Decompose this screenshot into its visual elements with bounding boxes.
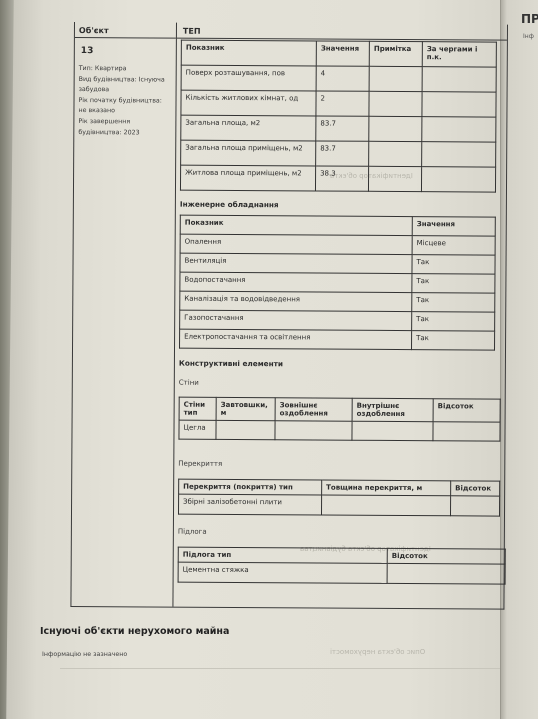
table-row: Загальна площа, м2 83.7	[181, 115, 496, 142]
tep-table: Показник Значення Примітка За чергами і …	[180, 40, 497, 193]
engineering-table: Показник Значення Опалення Місцеве Венти…	[179, 215, 496, 351]
value-cell: Так	[412, 274, 495, 294]
stage-cell	[422, 92, 496, 117]
thickness-cell	[321, 495, 450, 516]
column-header: Значення	[316, 41, 369, 66]
value-cell: Місцеве	[412, 236, 495, 256]
table-row: Опалення Місцеве	[180, 234, 495, 255]
column-header: Стіни тип	[179, 397, 216, 420]
indicator-cell: Загальна площа, м2	[181, 115, 316, 141]
wall-type-cell: Цегла	[179, 420, 216, 439]
indicator-cell: Загальна площа приміщень, м2	[181, 140, 316, 166]
table-row: Загальна площа приміщень, м2 83.7	[181, 140, 496, 167]
object-header: Об'єкт	[75, 22, 176, 39]
value-cell: Так	[412, 331, 495, 351]
column-header: Показник	[181, 40, 316, 66]
ground-table: Підлога тип Відсоток Цементна стяжка	[178, 547, 506, 585]
object-type: Тип: Квартира	[79, 64, 172, 75]
note-cell	[369, 116, 422, 141]
note-cell	[369, 141, 422, 166]
table-row: Житлова площа приміщень, м2 38.3	[180, 165, 495, 192]
table-row: Цегла	[179, 420, 500, 441]
divider	[60, 668, 500, 669]
existing-property-info: Інформацію не зазначено	[42, 651, 127, 658]
next-page-title: ПР	[521, 12, 538, 26]
object-end-year: Рік завершення будівництва: 2023	[78, 117, 171, 139]
table-row: Вентиляція Так	[180, 253, 495, 274]
ground-type-cell: Цементна стяжка	[178, 562, 387, 583]
indicator-cell: Житлова площа приміщень, м2	[180, 165, 315, 191]
value-cell: 38.3	[315, 166, 368, 191]
object-info: Тип: Квартира Вид будівництва: Існуюча з…	[78, 64, 171, 139]
percent-cell	[387, 563, 505, 584]
column-header: Значення	[412, 217, 495, 237]
table-header-row: Показник Значення	[180, 215, 495, 236]
indicator-cell: Поверх розташування, пов	[181, 65, 316, 91]
table-header-row: Стіни тип Завтовшки, м Зовнішнє оздоблен…	[179, 397, 500, 422]
interior-finish-cell	[352, 421, 433, 440]
indicator-cell: Каналізація та водовідведення	[180, 291, 412, 311]
column-header: Підлога тип	[178, 547, 387, 563]
column-header: Відсоток	[433, 399, 500, 422]
indicator-cell: Вентиляція	[180, 253, 412, 273]
percent-cell	[450, 496, 499, 516]
indicator-cell: Газопостачання	[180, 310, 412, 330]
exterior-finish-cell	[275, 421, 352, 440]
column-header: Примітка	[369, 41, 422, 66]
column-header: Показник	[180, 215, 412, 235]
structural-title: Конструктивні елементи	[179, 359, 283, 369]
column-header: Товщина перекриття, м	[322, 480, 451, 496]
percent-cell	[433, 422, 500, 441]
table-row: Кількість житлових кімнат, од 2	[181, 90, 496, 117]
details-column: ТЕП Показник Значення Примітка За чергам…	[173, 23, 507, 609]
table-header-row: Показник Значення Примітка За чергами і …	[181, 40, 496, 67]
object-construction-kind: Вид будівництва: Існуюча забудова	[79, 75, 172, 97]
tep-header: ТЕП	[177, 23, 507, 41]
table-row: Поверх розташування, пов 4	[181, 65, 496, 92]
existing-property-title: Існуючі об'єкти нерухомого майна	[40, 626, 229, 637]
walls-table: Стіни тип Завтовшки, м Зовнішнє оздоблен…	[178, 397, 500, 442]
object-number: 13	[81, 46, 176, 57]
walls-label: Стіни	[179, 379, 199, 387]
value-cell: 2	[316, 91, 369, 116]
stage-cell	[421, 167, 495, 192]
column-header: Відсоток	[387, 548, 505, 564]
value-cell: 83.7	[316, 116, 369, 141]
column-header: Відсоток	[451, 481, 500, 496]
note-cell	[369, 66, 422, 91]
object-column: Об'єкт 13 Тип: Квартира Вид будівництва:…	[71, 22, 177, 607]
show-through-text: Опис об'єкта нерухомості	[330, 648, 425, 656]
indicator-cell: Опалення	[180, 234, 412, 254]
column-header: Перекриття (покриття) тип	[179, 479, 322, 495]
table-row: Електропостачання та освітлення Так	[180, 329, 495, 350]
value-cell: Так	[412, 255, 495, 275]
column-header: За чергами і п.к.	[422, 42, 496, 67]
table-row: Газопостачання Так	[180, 310, 495, 331]
next-page-subtitle: Інф	[523, 33, 534, 40]
ground-label: Підлога	[178, 528, 207, 536]
table-row: Водопостачання Так	[180, 272, 495, 293]
indicator-cell: Кількість житлових кімнат, од	[181, 90, 316, 116]
value-cell: 83.7	[316, 141, 369, 166]
floor-type-cell: Збірні залізобетонні плити	[178, 494, 321, 515]
indicator-cell: Водопостачання	[180, 272, 412, 292]
engineering-title: Інженерне обладнання	[180, 200, 279, 210]
column-header: Внутрішнє оздоблення	[352, 398, 433, 421]
column-header: Завтовшки, м	[216, 397, 275, 420]
indicator-cell: Електропостачання та освітлення	[180, 329, 412, 349]
object-start-year: Рік початку будівництва: не вказано	[78, 96, 171, 118]
object-frame: Об'єкт 13 Тип: Квартира Вид будівництва:…	[70, 22, 508, 610]
thickness-cell	[216, 420, 275, 439]
table-row: Каналізація та водовідведення Так	[180, 291, 495, 312]
stage-cell	[422, 67, 496, 92]
note-cell	[369, 91, 422, 116]
value-cell: Так	[412, 293, 495, 313]
value-cell: 4	[316, 66, 369, 91]
stage-cell	[422, 117, 496, 142]
table-row: Збірні залізобетонні плити	[178, 494, 499, 516]
column-header: Зовнішнє оздоблення	[275, 398, 352, 421]
stage-cell	[422, 142, 496, 167]
note-cell	[368, 166, 421, 191]
floors-table: Перекриття (покриття) тип Товщина перекр…	[178, 479, 500, 517]
floors-label: Перекриття	[178, 460, 222, 468]
value-cell: Так	[412, 312, 495, 332]
table-row: Цементна стяжка	[178, 562, 505, 584]
